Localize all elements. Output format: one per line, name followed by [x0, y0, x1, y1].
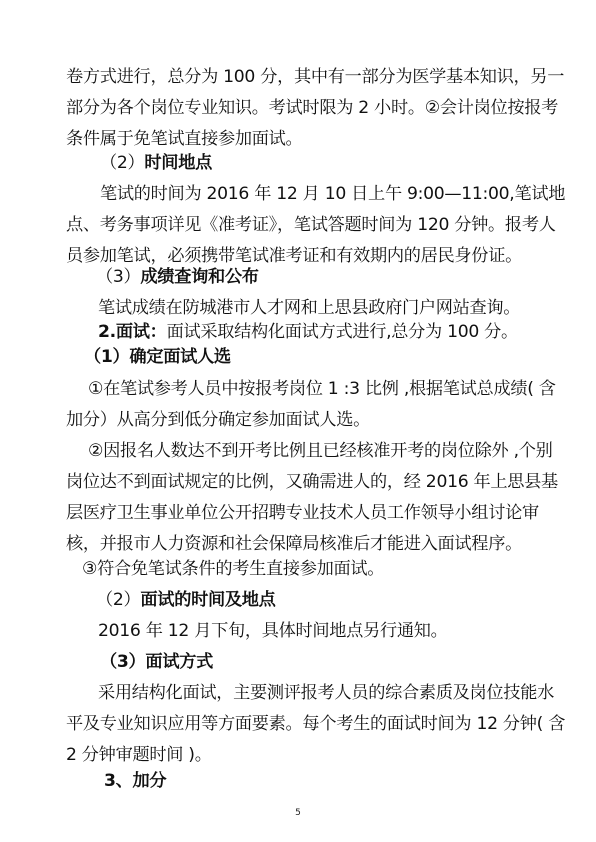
body-text-line: 部分为各个岗位专业知识。考试时限为 2 小时。②会计岗位按报考 [66, 97, 558, 119]
body-text-line: 层医疗卫生事业单位公开招聘专业技术人员工作领导小组讨论审 [66, 502, 539, 524]
heading-title: 面试的时间及地点 [140, 590, 275, 610]
body-text-line: 员参加笔试，必须携带笔试准考证和有效期内的居民身份证。 [66, 245, 522, 267]
body-text-line: ①在笔试参考人员中按报考岗位 1 :3 比例 ,根据笔试总成绩( 含 [88, 378, 556, 400]
heading-title: 时间地点 [144, 153, 212, 173]
page-number: 5 [0, 808, 596, 818]
section-heading: （2）面试的时间及地点 [96, 589, 276, 611]
body-text-line: 笔试成绩在防城港市人才网和上思县政府门户网站查询。 [98, 297, 520, 319]
body-text-line: 卷方式进行，总分为 100 分，其中有一部分为医学基本知识，另一 [66, 66, 564, 88]
body-text-line: ②因报名人数达不到开考比例且已经核准开考的岗位除外 ,个别 [88, 440, 553, 462]
section-heading: （3）面试方式 [100, 651, 213, 673]
body-text-line: 加分）从高分到低分确定参加面试人选。 [66, 409, 370, 431]
body-text-line: 2016 年 12 月下旬，具体时间地点另行通知。 [98, 620, 448, 642]
section-heading: （1）确定面试人选 [84, 346, 231, 368]
body-text-line: 点、考务事项详见《准考证》，笔试答题时间为 120 分钟。报考人 [66, 214, 556, 236]
heading-number: （3） [96, 267, 140, 287]
heading-number: 2.面试： [98, 322, 167, 342]
body-text-line: 条件属于免笔试直接参加面试。 [66, 128, 302, 150]
body-text-line: ③符合免笔试条件的考生直接参加面试。 [82, 558, 384, 580]
body-text-line: 笔试的时间为 2016 年 12 月 10 日上午 9:00—11:00,笔试地 [100, 183, 565, 205]
body-text-line: 核，并报市人力资源和社会保障局核准后才能进入面试程序。 [66, 533, 522, 555]
body-text-line: 采用结构化面试，主要测评报考人员的综合素质及岗位技能水 [98, 682, 554, 704]
heading-title: 成绩查询和公布 [140, 267, 258, 287]
section-heading: （2）时间地点 [100, 152, 212, 174]
body-text-line: 2 分钟审题时间 )。 [66, 744, 212, 766]
heading-number: （2） [100, 153, 144, 173]
body-text-line: 平及专业知识应用等方面要素。每个考生的面试时间为 12 分钟( 含 [66, 713, 565, 735]
body-text-line: 2.面试：面试采取结构化面试方式进行,总分为 100 分。 [98, 321, 518, 343]
heading-body: 面试采取结构化面试方式进行,总分为 100 分。 [167, 322, 518, 342]
section-heading: 3、加分 [104, 770, 166, 792]
section-heading: （3）成绩查询和公布 [96, 266, 259, 288]
heading-number: （2） [96, 590, 140, 610]
body-text-line: 岗位达不到面试规定的比例，又确需进人的，经 2016 年上思县基 [66, 471, 558, 493]
